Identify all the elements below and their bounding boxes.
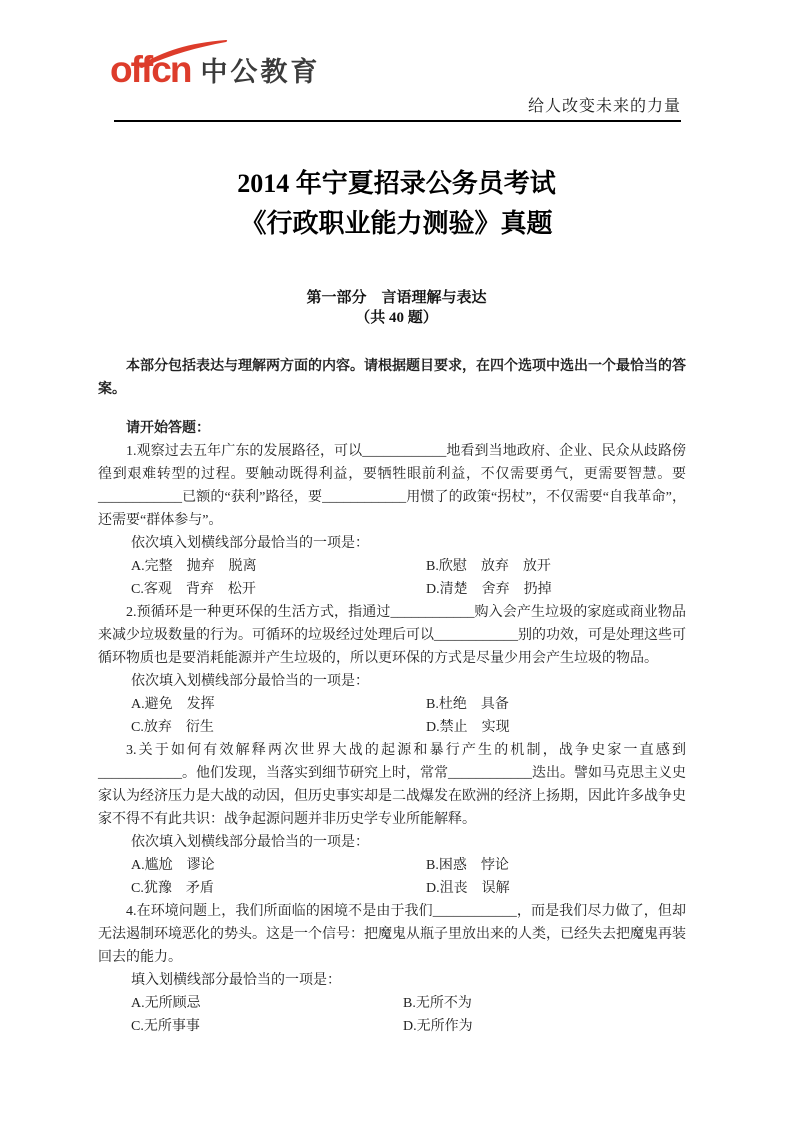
question-4: 4.在环境问题上，我们所面临的困境不是由于我们____________，而是我们…: [98, 900, 686, 1038]
option-D: D.禁止 实现: [426, 716, 686, 739]
option-B: B.杜绝 具备: [426, 693, 686, 716]
option-D: D.清楚 舍弃 扔掉: [426, 578, 686, 601]
option-C: C.放弃 衍生: [131, 716, 426, 739]
doc-title-line1: 2014 年宁夏招录公务员考试: [0, 164, 793, 204]
option-B: B.困惑 悖论: [426, 854, 686, 877]
questions: 1.观察过去五年广东的发展路径，可以____________地看到当地政府、企业…: [98, 440, 686, 1038]
option-B: B.欣慰 放弃 放开: [426, 555, 686, 578]
option-A: A.完整 抛弃 脱离: [131, 555, 426, 578]
option-D: D.沮丧 误解: [426, 877, 686, 900]
offcn-logo: offcn 中公教育: [110, 50, 320, 90]
logo-swoosh-icon: [136, 38, 232, 68]
option-C: C.犹豫 矛盾: [131, 877, 426, 900]
document-page: offcn 中公教育 给人改变未来的力量 2014 年宁夏招录公务员考试 《行政…: [0, 0, 793, 1122]
question-stem: 2.预循环是一种更环保的生活方式，指通过____________购入会产生垃圾的…: [98, 601, 686, 670]
question-options: A.避免 发挥B.杜绝 具备C.放弃 衍生D.禁止 实现: [98, 693, 686, 739]
section-head: 第一部分 言语理解与表达 （共 40 题）: [0, 288, 793, 328]
option-A: A.避免 发挥: [131, 693, 426, 716]
question-stem: 1.观察过去五年广东的发展路径，可以____________地看到当地政府、企业…: [98, 440, 686, 532]
option-D: D.无所作为: [403, 1015, 686, 1038]
header-divider: [114, 120, 681, 122]
header-top: offcn 中公教育 给人改变未来的力量: [114, 50, 681, 116]
doc-title-line2: 《行政职业能力测验》真题: [0, 204, 793, 244]
question-prompt: 依次填入划横线部分最恰当的一项是：: [98, 532, 686, 555]
section-count: （共 40 题）: [0, 308, 793, 328]
question-prompt: 依次填入划横线部分最恰当的一项是：: [98, 670, 686, 693]
question-options: A.无所顾忌B.无所不为C.无所事事D.无所作为: [98, 992, 686, 1038]
question-prompt: 填入划横线部分最恰当的一项是：: [98, 969, 686, 992]
option-A: A.尴尬 谬论: [131, 854, 426, 877]
option-C: C.无所事事: [131, 1015, 403, 1038]
question-prompt: 依次填入划横线部分最恰当的一项是：: [98, 831, 686, 854]
page-header: offcn 中公教育 给人改变未来的力量: [114, 0, 681, 122]
question-1: 1.观察过去五年广东的发展路径，可以____________地看到当地政府、企业…: [98, 440, 686, 601]
option-C: C.客观 背弃 松开: [131, 578, 426, 601]
begin-answering-label: 请开始答题：: [98, 417, 686, 440]
question-stem: 3.关于如何有效解释两次世界大战的起源和暴行产生的机制，战争史家一直感到____…: [98, 739, 686, 831]
question-3: 3.关于如何有效解释两次世界大战的起源和暴行产生的机制，战争史家一直感到____…: [98, 739, 686, 900]
question-stem: 4.在环境问题上，我们所面临的困境不是由于我们____________，而是我们…: [98, 900, 686, 969]
section-instructions: 本部分包括表达与理解两方面的内容。请根据题目要求，在四个选项中选出一个最恰当的答…: [98, 355, 686, 401]
question-options: A.完整 抛弃 脱离B.欣慰 放弃 放开C.客观 背弃 松开D.清楚 舍弃 扔掉: [98, 555, 686, 601]
option-B: B.无所不为: [403, 992, 686, 1015]
header-slogan: 给人改变未来的力量: [528, 93, 681, 116]
doc-title: 2014 年宁夏招录公务员考试 《行政职业能力测验》真题: [0, 164, 793, 244]
question-2: 2.预循环是一种更环保的生活方式，指通过____________购入会产生垃圾的…: [98, 601, 686, 739]
option-A: A.无所顾忌: [131, 992, 403, 1015]
section-heading: 第一部分 言语理解与表达: [0, 288, 793, 308]
content-column: 本部分包括表达与理解两方面的内容。请根据题目要求，在四个选项中选出一个最恰当的答…: [98, 355, 686, 1038]
question-options: A.尴尬 谬论B.困惑 悖论C.犹豫 矛盾D.沮丧 误解: [98, 854, 686, 900]
